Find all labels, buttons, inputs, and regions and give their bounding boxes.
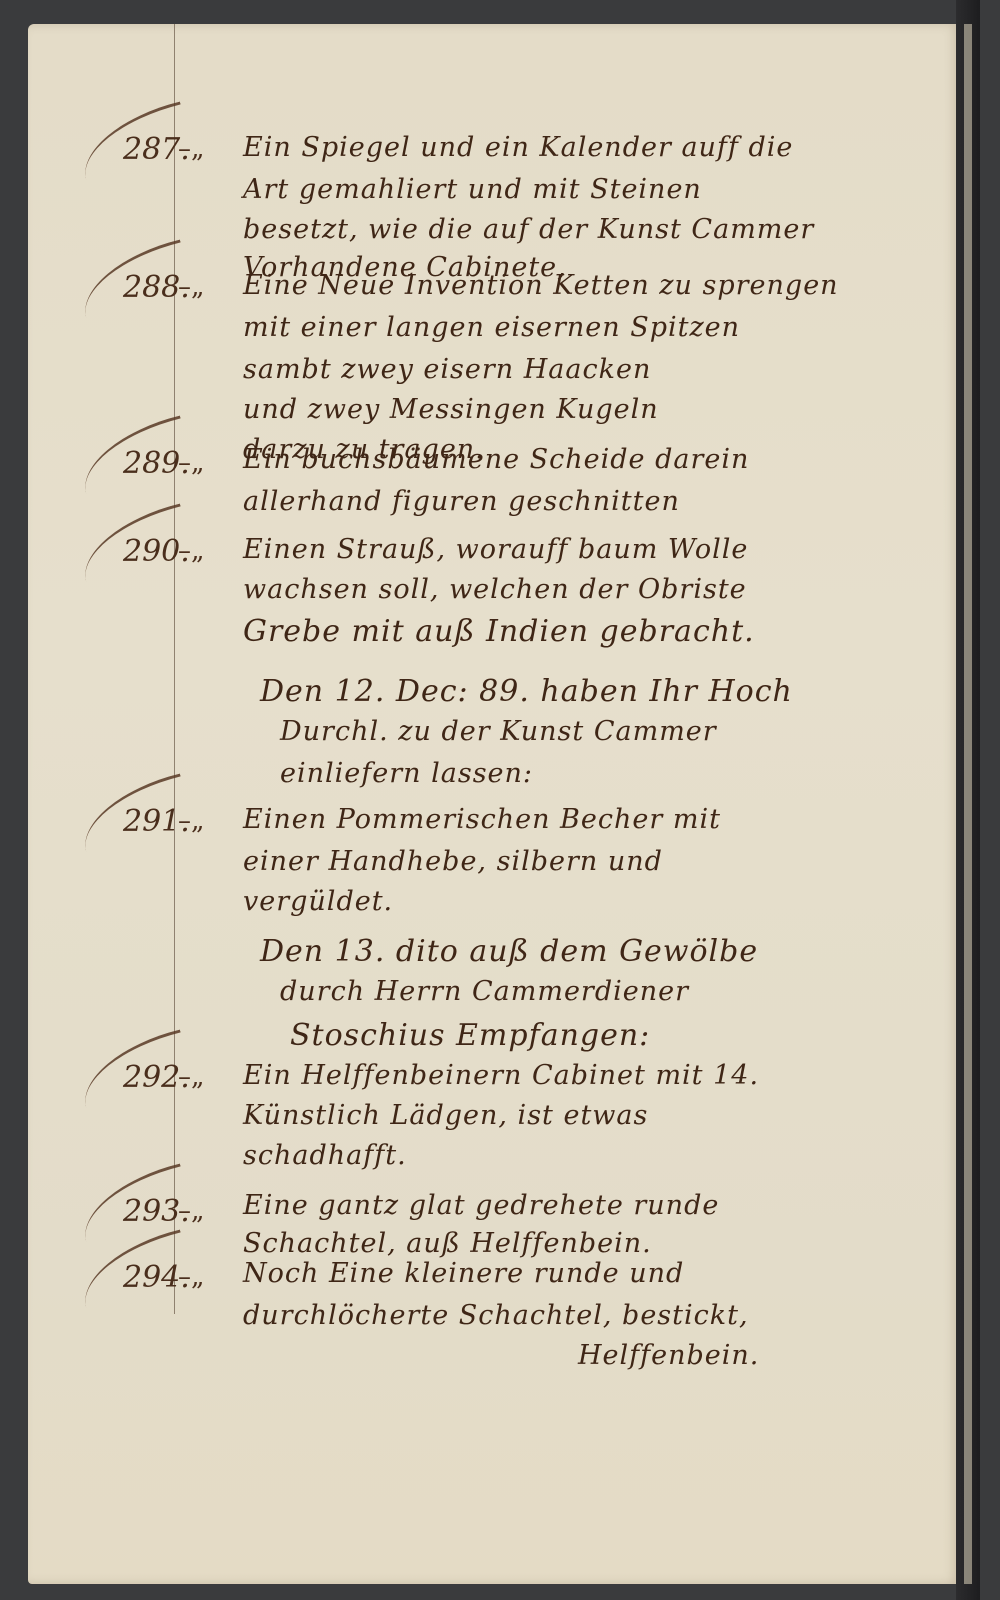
entry-text-line: Künstlich Lädgen, ist etwas	[243, 1100, 915, 1131]
date-heading-line: Den 13. dito auß dem Gewölbe	[260, 934, 915, 969]
entry-text-line: mit einer langen eisernen Spitzen	[243, 312, 915, 343]
date-heading-line: Den 12. Dec: 89. haben Ihr Hoch	[260, 674, 915, 709]
entry-text-line: vergüldet.	[243, 886, 915, 917]
entry-text-line: und zwey Messingen Kugeln	[243, 394, 915, 425]
entry-text-line: Ein Spiegel und ein Kalender auff die	[243, 132, 915, 163]
entry-text-line: Schachtel, auß Helffenbein.	[243, 1228, 915, 1259]
entry-text-line: Ein Helffenbeinern Cabinet mit 14.	[243, 1060, 915, 1091]
margin-rule	[174, 24, 175, 1314]
entry-text-line: Eine Neue Invention Ketten zu sprengen	[243, 270, 915, 301]
date-heading-line: durch Herrn Cammerdiener	[280, 976, 915, 1007]
entry-dash: –„	[178, 1196, 204, 1226]
entry-text-line: durchlöcherte Schachtel, bestickt,	[243, 1300, 915, 1331]
entry-text-line: Grebe mit auß Indien gebracht.	[243, 614, 915, 649]
manuscript-page: 287. –„ Ein Spiegel und ein Kalender auf…	[28, 24, 960, 1584]
entry-text-line: Noch Eine kleinere runde und	[243, 1258, 915, 1289]
entry-text-line: allerhand figuren geschnitten	[243, 486, 915, 517]
entry-text-line: Helffenbein.	[578, 1340, 915, 1371]
entry-text-line: wachsen soll, welchen der Obriste	[243, 574, 915, 605]
entry-text-line: Ein buchsbäumene Scheide darein	[243, 444, 915, 475]
entry-text-line: einer Handhebe, silbern und	[243, 846, 915, 877]
entry-dash: –„	[178, 806, 204, 836]
entry-text-line: Art gemahliert und mit Steinen	[243, 174, 915, 205]
entry-dash: –„	[178, 536, 204, 566]
entry-text-line: Einen Strauß, worauff baum Wolle	[243, 534, 915, 565]
entry-text-line: Einen Pommerischen Becher mit	[243, 804, 915, 835]
entry-text-line: Eine gantz glat gedrehete runde	[243, 1190, 915, 1221]
date-heading-line: Durchl. zu der Kunst Cammer	[280, 716, 915, 747]
entry-dash: –„	[178, 1262, 204, 1292]
entry-text-line: schadhafft.	[243, 1140, 915, 1171]
entry-dash: –„	[178, 1062, 204, 1092]
entry-dash: –„	[178, 134, 204, 164]
date-heading-line: Stoschius Empfangen:	[290, 1018, 915, 1053]
entry-dash: –„	[178, 448, 204, 478]
entry-text-line: sambt zwey eisern Haacken	[243, 354, 915, 385]
entry-text-line: besetzt, wie die auf der Kunst Cammer	[243, 214, 915, 245]
entry-dash: –„	[178, 272, 204, 302]
book-binding-edge	[956, 0, 980, 1600]
date-heading-line: einliefern lassen:	[280, 758, 915, 789]
